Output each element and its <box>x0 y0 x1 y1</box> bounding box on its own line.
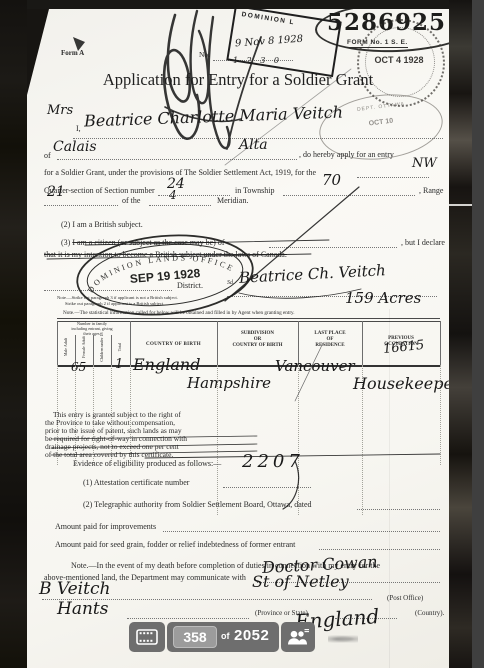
hw-quarter: NW <box>412 157 437 170</box>
post-office-label: (Post Office) <box>387 595 423 602</box>
table-col-last-place: LAST PLACE OF RESIDENCE <box>298 331 362 349</box>
rule-line <box>357 509 440 510</box>
rule-line <box>357 177 429 178</box>
table-grid-dotted <box>298 365 299 515</box>
clause-2: (2) I am a British subject. <box>61 221 143 229</box>
of-label: of <box>44 152 51 160</box>
improvements-label: Amount paid for improvements <box>55 523 156 531</box>
hw-signature: Beatrice Ch. Veitch <box>239 263 386 286</box>
hw-total: 1 <box>115 358 123 371</box>
range-label: , Range <box>419 187 443 195</box>
hw-attestation-number: 2207 <box>242 453 304 471</box>
hw-honorific: Mrs <box>47 104 73 117</box>
apply-text: , do hereby apply for an entry <box>299 151 394 159</box>
hw-last-place: Vancouver <box>275 359 355 374</box>
attestation-label: (1) Attestation certificate number <box>83 479 189 487</box>
index-panel-button[interactable] <box>281 622 315 652</box>
total-images: 2052 <box>234 627 269 644</box>
hw-township: 70 <box>322 173 341 188</box>
stamp-caption: DOMINION L <box>241 11 295 26</box>
pencil-smudge <box>328 634 358 644</box>
filmstrip-button[interactable] <box>129 622 165 652</box>
image-counter: of 2052 <box>167 622 279 652</box>
film-edge-right <box>449 0 472 668</box>
telegraphic-label: (2) Telegraphic authority from Soldier S… <box>83 501 312 509</box>
of-the-label: of the <box>122 197 140 205</box>
of-label: of <box>221 631 230 641</box>
no-label: No. <box>199 51 210 59</box>
i-label: I, <box>76 125 81 133</box>
table-col-country: COUNTRY OF BIRTH <box>130 342 217 347</box>
film-scratch <box>449 204 472 206</box>
rule-line <box>57 159 297 160</box>
hw-province2: Hants <box>57 601 108 618</box>
hw-country: England <box>133 357 200 373</box>
hw-name2: B Veitch <box>39 581 110 598</box>
table-col-subdivision: SUBDIVISION OR COUNTRY OF BIRTH <box>217 331 298 349</box>
table-col-male: Male Adult <box>64 325 68 369</box>
image-viewer: Form A No. DOMINION L 9 Nov 8 1928 1 2 3… <box>0 0 484 668</box>
page-fold <box>389 309 390 668</box>
rule-line <box>269 247 397 248</box>
hw-subdivision: Hampshire <box>187 376 271 391</box>
rule-line <box>319 549 440 550</box>
hw-female-age: 65 <box>71 361 86 373</box>
page-title: Application for Entry for a Soldier Gran… <box>73 71 403 88</box>
hw-province: Alta <box>239 138 268 152</box>
hw-post-office: St of Netley <box>252 574 349 590</box>
seed-label: Amount paid for seed grain, fodder or re… <box>55 541 295 549</box>
dominion-lands-office-stamp: DOMINION LANDS OFFICE SEP 19 1928 <box>70 225 261 325</box>
date-stamp-text: OCT 4 1928 <box>363 55 435 65</box>
rule-line <box>44 205 118 206</box>
hw-place: Calais <box>53 140 97 154</box>
country-label: (Country). <box>415 610 444 617</box>
hw-meridian: 4 <box>169 189 177 201</box>
film-edge-top <box>0 0 484 9</box>
stamp-date-text: SEP 19 1928 <box>129 266 201 286</box>
rule-line <box>163 531 440 532</box>
hw-range: 21 <box>47 185 65 199</box>
clause-3-end: , but I declare <box>401 239 445 247</box>
hw-applicant-name: Beatrice Charlotte Maria Veitch <box>84 104 343 129</box>
hw-acres: 159 Acres <box>345 291 421 306</box>
document-image[interactable]: Form A No. DOMINION L 9 Nov 8 1928 1 2 3… <box>27 9 449 668</box>
image-number-input[interactable] <box>173 626 217 648</box>
province-clause-line: of the total area covered by this certif… <box>45 451 173 459</box>
dominion-lands-box-stamp: DOMINION L <box>226 9 341 77</box>
table-grid <box>440 321 441 365</box>
film-edge-left <box>0 0 27 668</box>
people-icon <box>286 628 310 646</box>
viewer-gutter <box>472 0 484 668</box>
rule-line <box>223 487 311 488</box>
meridian-label: Meridian. <box>217 197 248 205</box>
hw-occupation: Housekeeper <box>353 376 449 392</box>
table-col-children: Children under 18 <box>100 325 104 369</box>
table-grid <box>111 335 112 365</box>
rule-line <box>283 195 415 196</box>
evidence-heading: Evidence of eligibility produced as foll… <box>73 460 221 468</box>
filmstrip-icon <box>136 629 158 645</box>
form-label: Form A <box>61 50 84 57</box>
township-label: in Township <box>235 187 275 195</box>
rule-line <box>149 205 211 206</box>
table-grid <box>93 335 94 365</box>
rule-line <box>127 618 249 619</box>
